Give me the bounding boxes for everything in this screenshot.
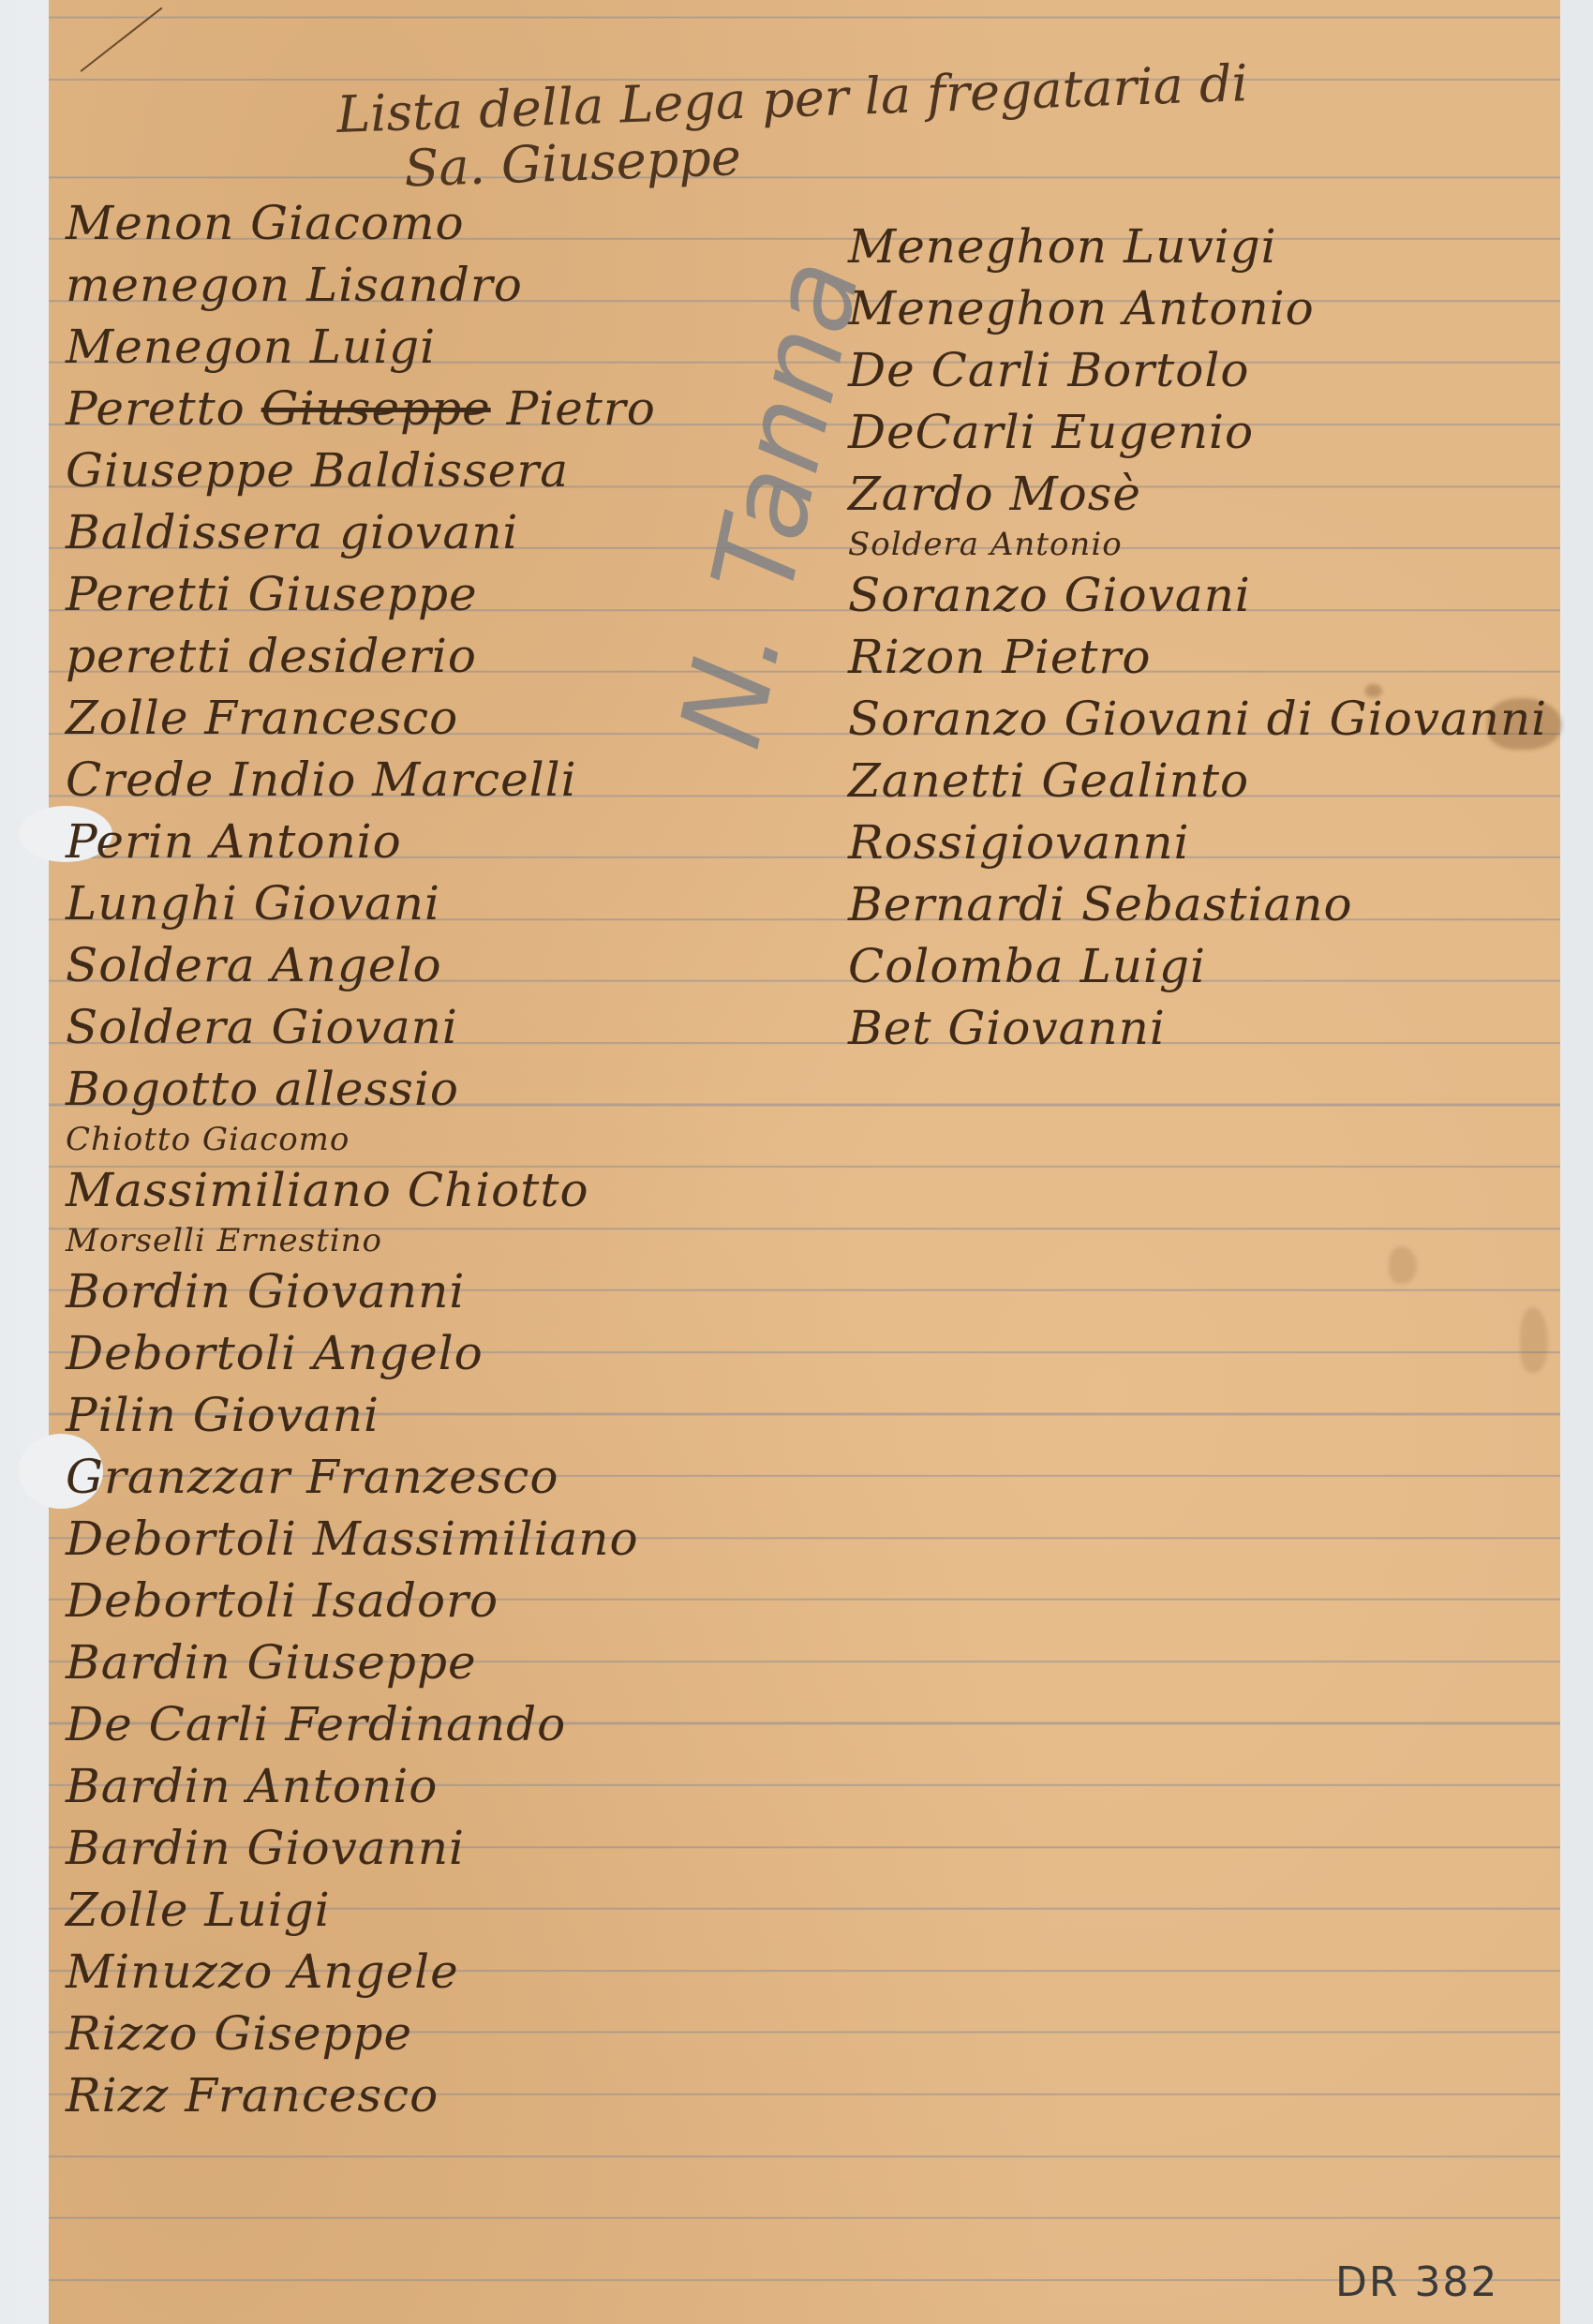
name-entry: Perin Antonio (66, 811, 656, 872)
right-name-column: Meneghon LuvigiMeneghon AntonioDe Carli … (848, 216, 1547, 1059)
name-entry: Soldera Antonio (848, 525, 1547, 564)
name-entry: Rizon Pietro (848, 626, 1547, 688)
name-entry: Meneghon Antonio (848, 277, 1547, 339)
name-entry: Baldissera giovani (66, 501, 656, 563)
name-entry: Rossigiovanni (848, 812, 1547, 873)
name-entry: Soranzo Giovani (848, 564, 1547, 626)
archive-stamp: DR 382 (1335, 2258, 1498, 2306)
name-entry: Meneghon Luvigi (848, 216, 1547, 277)
name-entry: Zardo Mosè (848, 463, 1547, 525)
name-entry: Bardin Giuseppe (66, 1631, 656, 1693)
left-name-column: Menon Giacomomenegon LisandroMenegon Lui… (66, 192, 656, 2126)
name-entry: DeCarli Eugenio (848, 401, 1547, 463)
name-entry: Bet Giovanni (848, 997, 1547, 1059)
name-entry: Bogotto allessio (66, 1058, 656, 1120)
name-entry: Soldera Giovani (66, 996, 656, 1058)
name-entry: Debortoli Massimiliano (66, 1508, 656, 1570)
name-entry: Debortoli Isadoro (66, 1570, 656, 1631)
name-entry: Giuseppe Baldissera (66, 439, 656, 501)
name-entry: Menegon Luigi (66, 316, 656, 378)
name-entry: Bardin Giovanni (66, 1817, 656, 1879)
water-stain (1520, 1307, 1548, 1373)
name-entry: Peretti Giuseppe (66, 563, 656, 625)
name-part: Peretto (66, 381, 261, 436)
name-entry: peretti desiderio (66, 625, 656, 687)
name-entry: Lunghi Giovani (66, 872, 656, 934)
name-entry: Peretto Giuseppe Pietro (66, 378, 656, 439)
name-entry: Zolle Francesco (66, 687, 656, 749)
name-entry: Soranzo Giovani di Giovanni (848, 688, 1547, 750)
name-entry: De Carli Bortolo (848, 339, 1547, 401)
water-stain (1389, 1246, 1417, 1284)
name-entry: Zanetti Gealinto (848, 750, 1547, 812)
name-entry: Bardin Antonio (66, 1755, 656, 1817)
name-entry: Massimiliano Chiotto (66, 1159, 656, 1221)
name-entry: Chiotto Giacomo (66, 1120, 656, 1159)
name-entry: menegon Lisandro (66, 254, 656, 316)
name-entry: Debortoli Angelo (66, 1322, 656, 1384)
name-entry: Minuzzo Angele (66, 1941, 656, 2003)
name-entry: Crede Indio Marcelli (66, 749, 656, 811)
name-entry: Bordin Giovanni (66, 1260, 656, 1322)
name-entry: Granzzar Franzesco (66, 1446, 656, 1508)
name-entry: Soldera Angelo (66, 934, 656, 996)
name-entry: De Carli Ferdinando (66, 1693, 656, 1755)
name-entry: Zolle Luigi (66, 1879, 656, 1941)
name-entry: Menon Giacomo (66, 192, 656, 254)
name-entry: Rizzo Giseppe (66, 2003, 656, 2064)
struck-out-word: Giuseppe (261, 381, 491, 436)
name-entry: Rizz Francesco (66, 2064, 656, 2126)
name-part: Pietro (491, 381, 656, 436)
name-entry: Bernardi Sebastiano (848, 873, 1547, 935)
name-entry: Colomba Luigi (848, 935, 1547, 997)
name-entry: Pilin Giovani (66, 1384, 656, 1446)
name-entry: Morselli Ernestino (66, 1221, 656, 1260)
